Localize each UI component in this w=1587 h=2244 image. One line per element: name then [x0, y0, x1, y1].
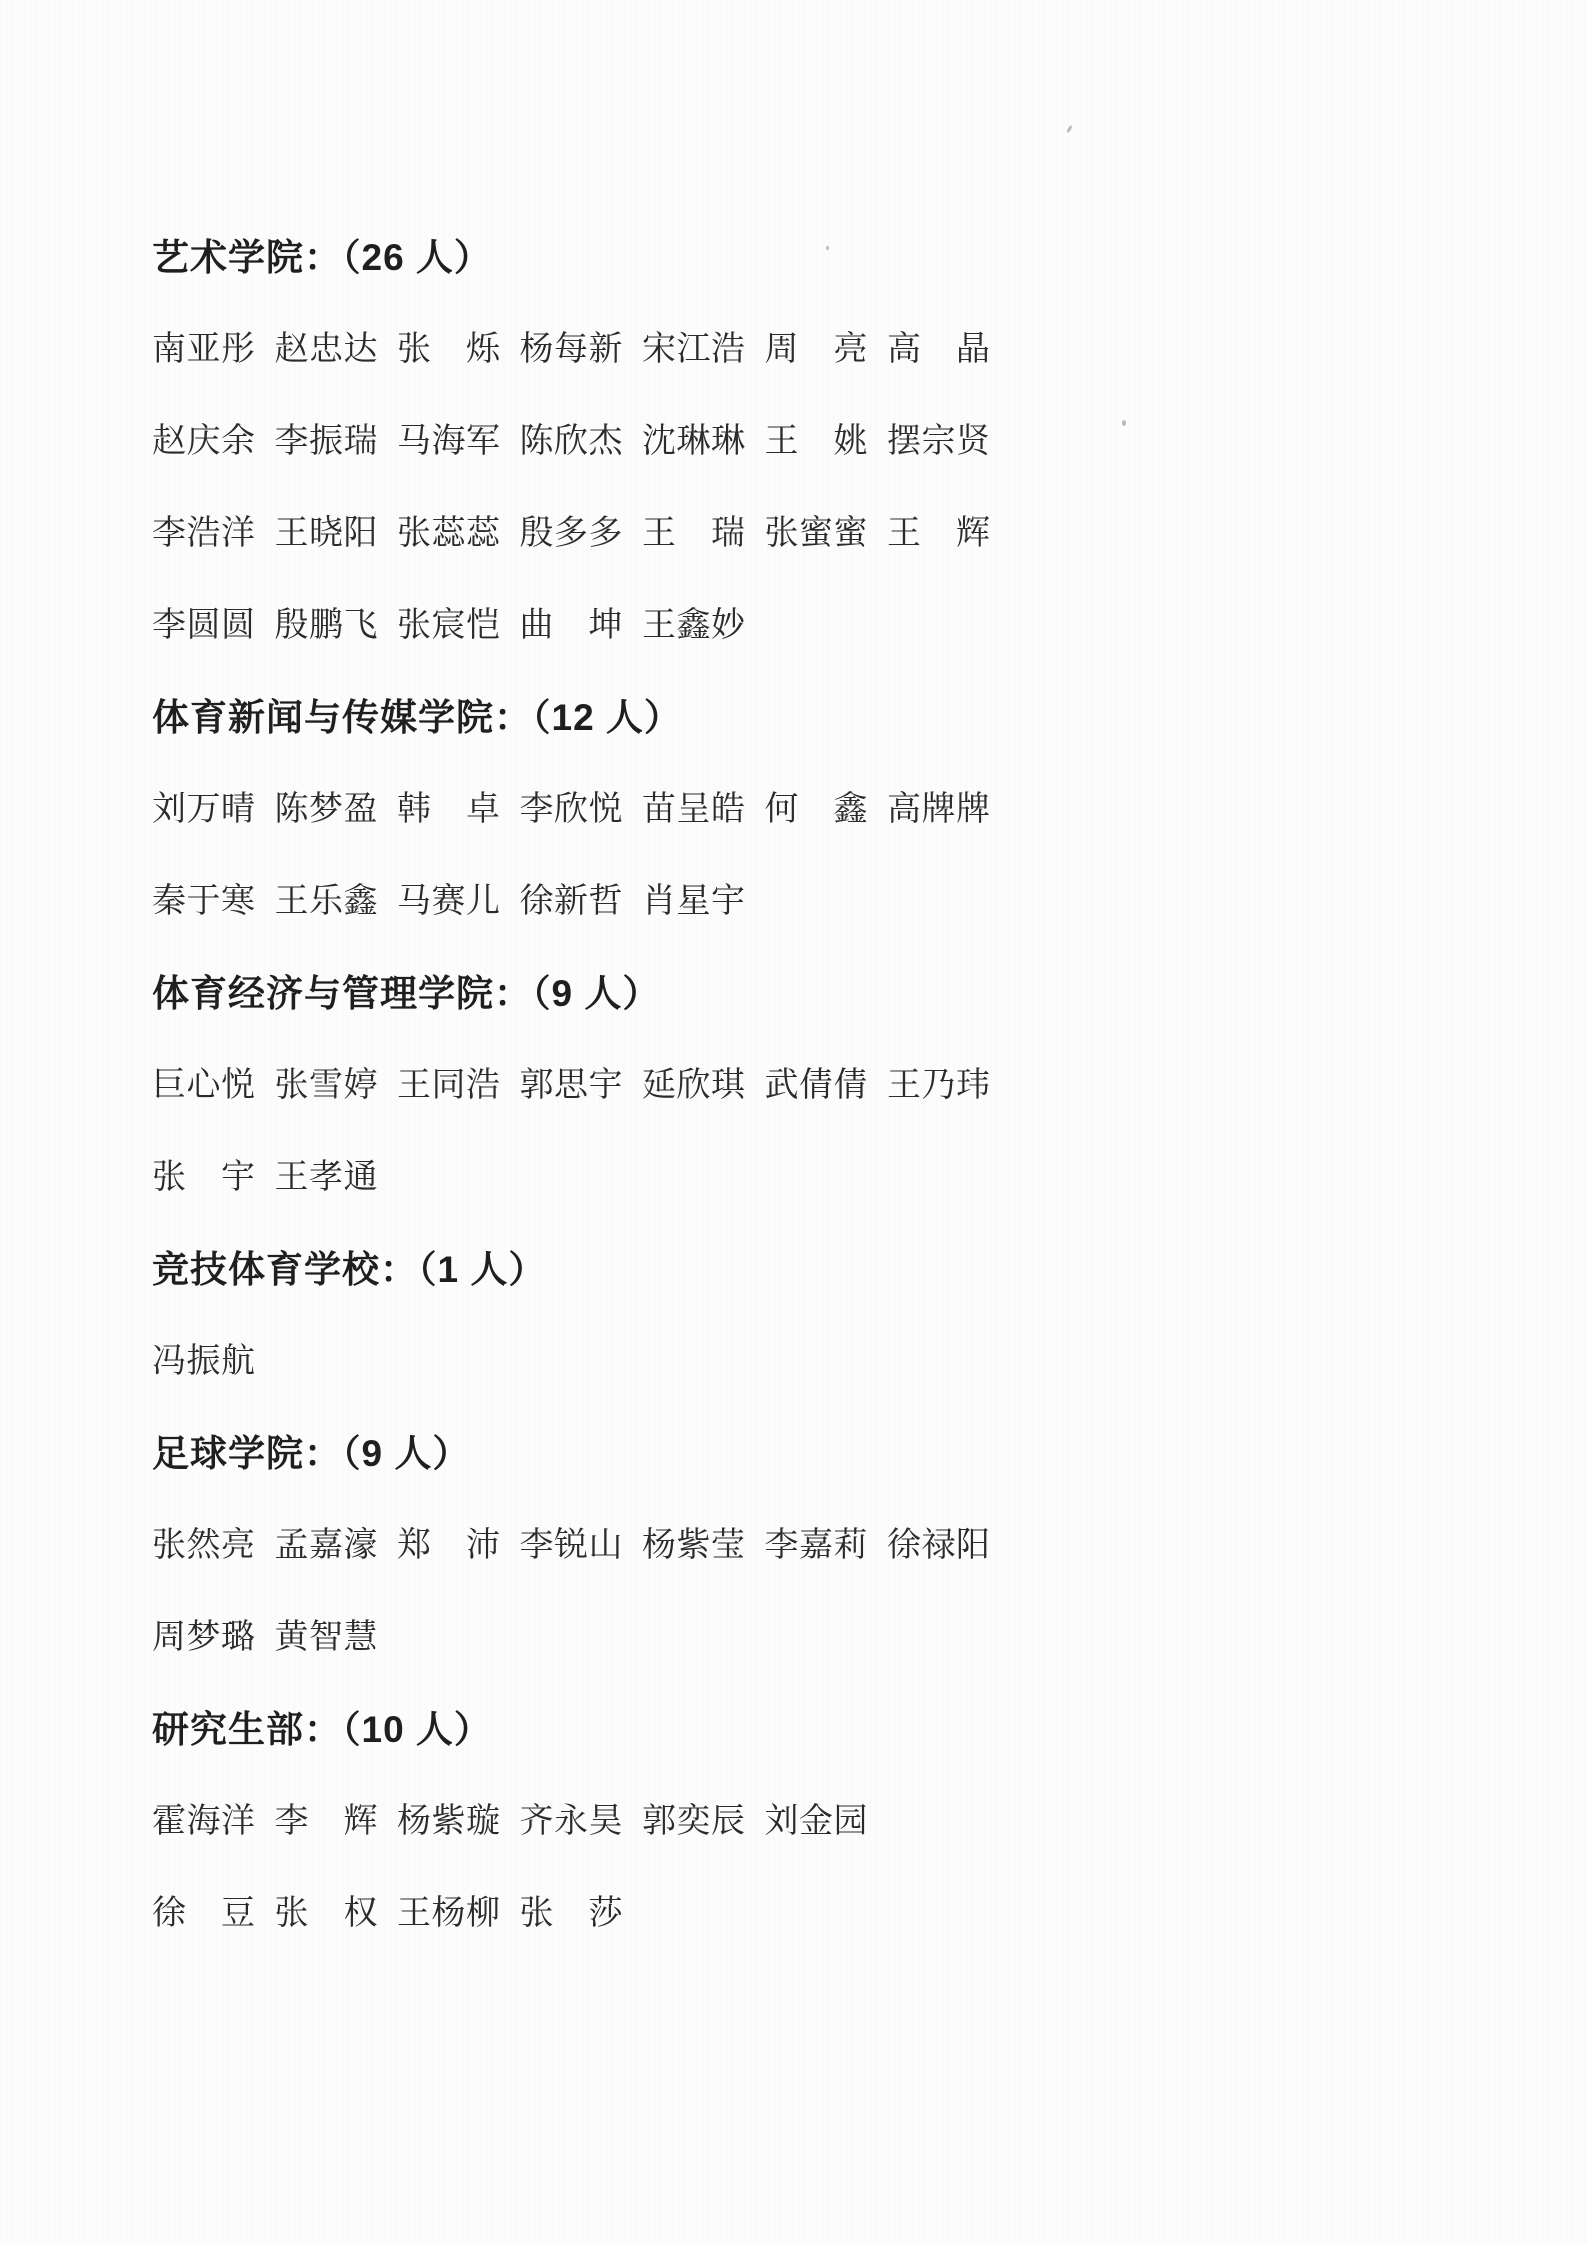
section-heading: 艺术学院：（26 人）	[152, 236, 1467, 280]
person-name: 苗呈皓	[642, 788, 746, 832]
person-name: 周 亮	[765, 328, 869, 372]
person-name: 王 瑞	[642, 512, 746, 556]
person-name: 徐 豆	[152, 1892, 256, 1936]
person-name: 殷鹏飞	[275, 604, 379, 648]
person-name: 张 权	[275, 1892, 379, 1936]
person-name: 王杨柳	[397, 1892, 501, 1936]
section-rows: 巨心悦张雪婷王同浩郭思宇延欣琪武倩倩王乃玮张 宇王孝通	[152, 1064, 1467, 1200]
person-name: 韩 卓	[397, 788, 501, 832]
roster-section: 研究生部：（10 人） 霍海洋李 辉杨紫璇齐永昊郭奕辰刘金园徐 豆张 权王杨柳张…	[152, 1708, 1467, 1936]
person-name: 赵忠达	[275, 328, 379, 372]
name-row: 巨心悦张雪婷王同浩郭思宇延欣琪武倩倩王乃玮	[152, 1064, 1467, 1108]
section-rows: 冯振航	[152, 1340, 1467, 1384]
name-row: 南亚彤赵忠达张 烁杨每新宋江浩周 亮高 晶	[152, 328, 1467, 372]
person-name: 王乐鑫	[275, 880, 379, 924]
name-row: 徐 豆张 权王杨柳张 莎	[152, 1892, 1467, 1936]
section-heading: 体育经济与管理学院：（9 人）	[152, 972, 1467, 1016]
name-row: 秦于寒王乐鑫马赛儿徐新哲肖星宇	[152, 880, 1467, 924]
person-name: 齐永昊	[520, 1800, 624, 1844]
person-name: 李浩洋	[152, 512, 256, 556]
scan-speck	[1066, 125, 1073, 133]
person-name: 徐禄阳	[887, 1524, 991, 1568]
person-name: 王 辉	[887, 512, 991, 556]
person-name: 杨紫璇	[397, 1800, 501, 1844]
person-name: 王同浩	[397, 1064, 501, 1108]
person-name: 徐新哲	[520, 880, 624, 924]
section-heading: 体育新闻与传媒学院：（12 人）	[152, 696, 1467, 740]
name-row: 周梦璐黄智慧	[152, 1616, 1467, 1660]
person-name: 李 辉	[275, 1800, 379, 1844]
name-row: 刘万晴陈梦盈韩 卓李欣悦苗呈皓何 鑫高牌牌	[152, 788, 1467, 832]
person-name: 王 姚	[765, 420, 869, 464]
person-name: 张 莎	[520, 1892, 624, 1936]
person-name: 马赛儿	[397, 880, 501, 924]
person-name: 赵庆余	[152, 420, 256, 464]
person-name: 霍海洋	[152, 1800, 256, 1844]
person-name: 殷多多	[520, 512, 624, 556]
person-name: 高 晶	[887, 328, 991, 372]
person-name: 陈欣杰	[520, 420, 624, 464]
person-name: 郭奕辰	[642, 1800, 746, 1844]
section-rows: 南亚彤赵忠达张 烁杨每新宋江浩周 亮高 晶赵庆余李振瑞马海军陈欣杰沈琳琳王 姚摆…	[152, 328, 1467, 648]
person-name: 郑 沛	[397, 1524, 501, 1568]
person-name: 刘万晴	[152, 788, 256, 832]
name-row: 李圆圆殷鹏飞张宸恺曲 坤王鑫妙	[152, 604, 1467, 648]
person-name: 南亚彤	[152, 328, 256, 372]
person-name: 高牌牌	[887, 788, 991, 832]
person-name: 张蜜蜜	[765, 512, 869, 556]
person-name: 陈梦盈	[275, 788, 379, 832]
person-name: 摆宗贤	[887, 420, 991, 464]
name-row: 赵庆余李振瑞马海军陈欣杰沈琳琳王 姚摆宗贤	[152, 420, 1467, 464]
roster-section: 艺术学院：（26 人） 南亚彤赵忠达张 烁杨每新宋江浩周 亮高 晶赵庆余李振瑞马…	[152, 236, 1467, 648]
person-name: 何 鑫	[765, 788, 869, 832]
person-name: 杨紫莹	[642, 1524, 746, 1568]
section-heading: 竞技体育学校：（1 人）	[152, 1248, 1467, 1292]
section-rows: 刘万晴陈梦盈韩 卓李欣悦苗呈皓何 鑫高牌牌秦于寒王乐鑫马赛儿徐新哲肖星宇	[152, 788, 1467, 924]
person-name: 李圆圆	[152, 604, 256, 648]
person-name: 王晓阳	[275, 512, 379, 556]
person-name: 张然亮	[152, 1524, 256, 1568]
person-name: 张宸恺	[397, 604, 501, 648]
person-name: 巨心悦	[152, 1064, 256, 1108]
person-name: 武倩倩	[765, 1064, 869, 1108]
roster-section: 足球学院：（9 人） 张然亮孟嘉濠郑 沛李锐山杨紫莹李嘉莉徐禄阳周梦璐黄智慧	[152, 1432, 1467, 1660]
person-name: 张 宇	[152, 1156, 256, 1200]
person-name: 刘金园	[765, 1800, 869, 1844]
section-heading: 足球学院：（9 人）	[152, 1432, 1467, 1476]
person-name: 杨每新	[520, 328, 624, 372]
person-name: 张蕊蕊	[397, 512, 501, 556]
person-name: 秦于寒	[152, 880, 256, 924]
person-name: 马海军	[397, 420, 501, 464]
roster-section: 竞技体育学校：（1 人） 冯振航	[152, 1248, 1467, 1384]
person-name: 曲 坤	[520, 604, 624, 648]
person-name: 肖星宇	[642, 880, 746, 924]
section-heading: 研究生部：（10 人）	[152, 1708, 1467, 1752]
person-name: 王鑫妙	[642, 604, 746, 648]
person-name: 李锐山	[520, 1524, 624, 1568]
person-name: 郭思宇	[520, 1064, 624, 1108]
scanned-document-page: 艺术学院：（26 人） 南亚彤赵忠达张 烁杨每新宋江浩周 亮高 晶赵庆余李振瑞马…	[0, 0, 1587, 2244]
person-name: 王乃玮	[887, 1064, 991, 1108]
name-row: 霍海洋李 辉杨紫璇齐永昊郭奕辰刘金园	[152, 1800, 1467, 1844]
document-body: 艺术学院：（26 人） 南亚彤赵忠达张 烁杨每新宋江浩周 亮高 晶赵庆余李振瑞马…	[152, 236, 1467, 1984]
person-name: 李振瑞	[275, 420, 379, 464]
roster-section: 体育经济与管理学院：（9 人） 巨心悦张雪婷王同浩郭思宇延欣琪武倩倩王乃玮张 宇…	[152, 972, 1467, 1200]
person-name: 王孝通	[275, 1156, 379, 1200]
section-rows: 张然亮孟嘉濠郑 沛李锐山杨紫莹李嘉莉徐禄阳周梦璐黄智慧	[152, 1524, 1467, 1660]
section-rows: 霍海洋李 辉杨紫璇齐永昊郭奕辰刘金园徐 豆张 权王杨柳张 莎	[152, 1800, 1467, 1936]
person-name: 延欣琪	[642, 1064, 746, 1108]
person-name: 黄智慧	[275, 1616, 379, 1660]
name-row: 冯振航	[152, 1340, 1467, 1384]
person-name: 宋江浩	[642, 328, 746, 372]
person-name: 张 烁	[397, 328, 501, 372]
person-name: 冯振航	[152, 1340, 256, 1384]
person-name: 李嘉莉	[765, 1524, 869, 1568]
person-name: 孟嘉濠	[275, 1524, 379, 1568]
person-name: 沈琳琳	[642, 420, 746, 464]
name-row: 张然亮孟嘉濠郑 沛李锐山杨紫莹李嘉莉徐禄阳	[152, 1524, 1467, 1568]
person-name: 周梦璐	[152, 1616, 256, 1660]
name-row: 张 宇王孝通	[152, 1156, 1467, 1200]
person-name: 李欣悦	[520, 788, 624, 832]
roster-section: 体育新闻与传媒学院：（12 人） 刘万晴陈梦盈韩 卓李欣悦苗呈皓何 鑫高牌牌秦于…	[152, 696, 1467, 924]
person-name: 张雪婷	[275, 1064, 379, 1108]
name-row: 李浩洋王晓阳张蕊蕊殷多多王 瑞张蜜蜜王 辉	[152, 512, 1467, 556]
